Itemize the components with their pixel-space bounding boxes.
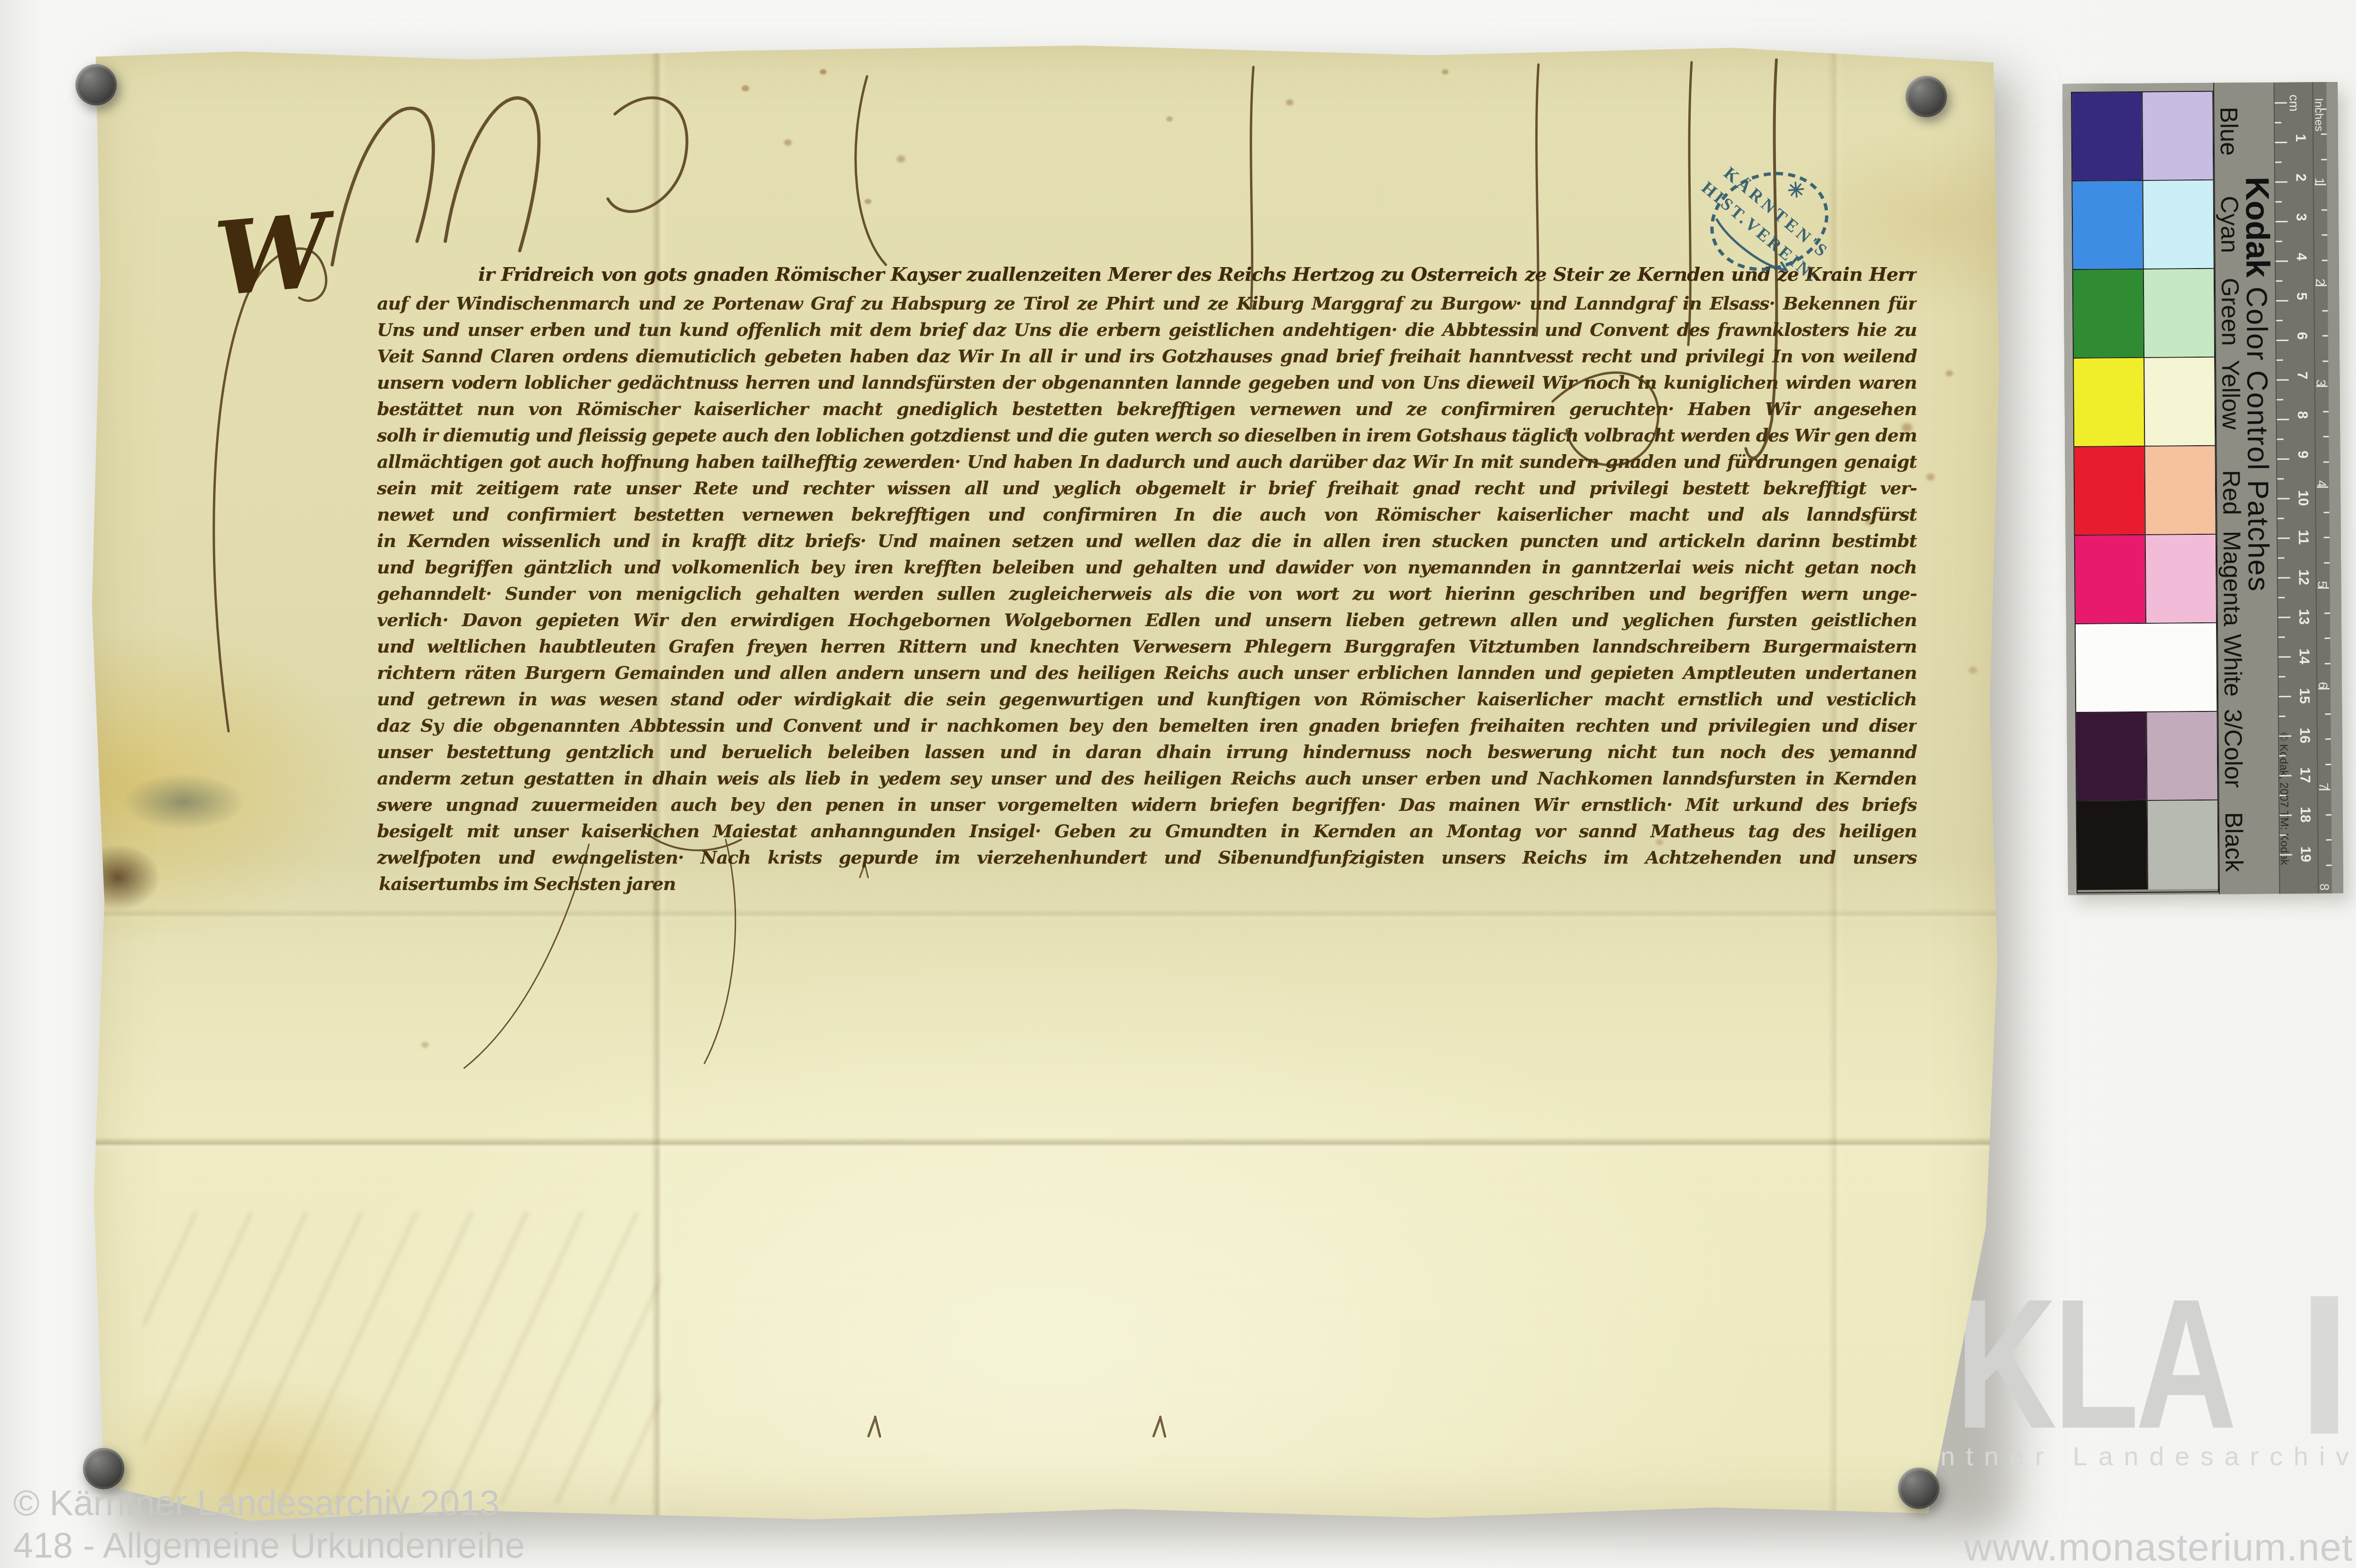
manuscript-line-9: sein mit zeitigem rate unser Rete und re… <box>377 475 1917 501</box>
ruler-tick <box>2323 436 2329 437</box>
manuscript-line-6: bestättet nun von Römischer kaiserlicher… <box>377 396 1917 422</box>
ruler-cm-number: 15 <box>2297 688 2312 704</box>
manuscript-line-4: Veit Sannd Claren ordens diemuticlich ge… <box>377 343 1917 369</box>
color-patch-row-red <box>2074 446 2215 536</box>
patch-saturated <box>2076 712 2146 800</box>
patch-label-yellow: Yellow <box>2217 359 2244 430</box>
ruler-cm-number: 17 <box>2297 767 2312 783</box>
ruler-tick <box>2276 261 2288 262</box>
archive-stamp: ✳ KÄRNTEN'S HIST.VEREIN: <box>1699 160 1840 292</box>
monasterium-url-watermark: www.monasterium.net <box>1964 1526 2353 1568</box>
ruler-tick <box>2275 241 2282 242</box>
manuscript-line-22: besigelt mit unser kaiserlichen Maiestat… <box>377 818 1917 844</box>
strip-title-text: Color Control Patches <box>2240 286 2275 592</box>
ink-stain <box>123 774 245 830</box>
patch-saturated <box>2074 447 2144 535</box>
ruler-tick <box>2280 834 2286 836</box>
color-patch-row-magenta <box>2075 535 2216 624</box>
patch-tint <box>2146 712 2217 800</box>
parchment-charter: W ir Fridreich von gots gnaden Römischer… <box>87 43 2001 1524</box>
strip-copyright: © Kodak, 2007 TM: Kodak <box>2277 733 2291 866</box>
manuscript-line-2: auf der Windischenmarch und ze Portenaw … <box>377 290 1917 317</box>
color-patch-row-black <box>2077 800 2218 890</box>
ruler-tick <box>2275 201 2282 203</box>
kodak-brand: Kodak <box>2239 177 2276 278</box>
ruler-cm-number: 14 <box>2296 648 2311 664</box>
ruler-tick <box>2276 280 2282 282</box>
ruler-tick <box>2325 713 2331 715</box>
manuscript-line-12: und begriffen gäntzlich und volkomenlich… <box>377 554 1917 580</box>
ruler-inch-number: 3 <box>2314 379 2327 386</box>
ruler-cm-number: 3 <box>2293 213 2308 221</box>
ruler-cm-number: 5 <box>2294 292 2309 300</box>
horizontal-fold-line <box>87 1137 2001 1151</box>
ruler-cm-number: 1 <box>2293 134 2308 142</box>
illuminated-initial: W <box>210 190 334 319</box>
ruler-tick <box>2277 518 2284 519</box>
manuscript-line-19: unser bestettung gentzlich und beruelich… <box>377 739 1917 765</box>
ruler-tick <box>2322 260 2328 261</box>
ruler-tick <box>2326 814 2331 816</box>
ruler-tick <box>2321 108 2326 110</box>
manuscript-line-20: anderm zetun gestatten in dhain weis als… <box>377 765 1917 792</box>
color-patch-row-blue <box>2072 92 2213 181</box>
ruler-tick <box>2277 419 2289 420</box>
ruler-tick <box>2278 617 2291 618</box>
ruler-tick <box>2280 815 2292 816</box>
ruler-tick <box>2275 142 2287 143</box>
patch-tint <box>2147 800 2218 890</box>
manuscript-line-23: zwelfpoten und ewangelisten· Nach krists… <box>377 844 1917 871</box>
parchment-wrinkles <box>144 1212 662 1504</box>
manuscript-line-14: verlich· Davon gepieten Wir den erwirdig… <box>377 607 1917 633</box>
stain-speckles <box>87 43 94 49</box>
ruler-inch-number: 2 <box>2314 278 2327 286</box>
ruler-tick <box>2275 221 2288 222</box>
manuscript-line-7: solh ir diemutig und fleissig gepete auc… <box>377 422 1917 449</box>
patch-tint <box>2145 535 2216 623</box>
ruler-tick <box>2276 300 2288 302</box>
ruler-tick <box>2276 359 2283 361</box>
ruler-tick <box>2324 562 2330 563</box>
manuscript-line-24: kaisertumbs im Sechsten jaren <box>377 871 1917 897</box>
patch-saturated <box>2074 358 2144 446</box>
ruler-tick <box>2325 764 2331 765</box>
ruler-tick <box>2279 676 2285 678</box>
kla-watermark-bars <box>2293 1296 2356 1434</box>
ruler-tick <box>2277 399 2283 400</box>
ruler-tick <box>2323 461 2329 463</box>
ruler-cm-number: 18 <box>2298 807 2313 823</box>
ruler-unit-inches: Inches <box>2311 98 2325 131</box>
ruler-cm-number: 11 <box>2296 530 2311 545</box>
kla-watermark: KLA <box>1955 1293 2356 1435</box>
ruler-tick <box>2279 735 2291 737</box>
ruler-tick <box>2325 738 2331 740</box>
ruler-tick <box>2279 696 2291 697</box>
ruler-tick <box>2322 234 2327 236</box>
patch-tint <box>2143 358 2215 446</box>
ruler-tick <box>2275 122 2282 123</box>
scanner-background: KLA ärntner Landesarchiv www.monasterium… <box>0 0 2356 1568</box>
ruler-tick <box>2323 411 2329 412</box>
ruler-tick <box>2323 335 2328 336</box>
ruler-tick <box>2278 597 2285 598</box>
patch-saturated <box>2075 535 2145 623</box>
color-patch-row-green <box>2073 269 2214 359</box>
ruler-tick <box>2323 512 2329 513</box>
patch-saturated <box>2072 92 2142 180</box>
color-patches <box>2071 91 2219 893</box>
ruler-inch-number: 7 <box>2317 783 2330 790</box>
ruler-tick <box>2278 656 2291 658</box>
patch-saturated <box>2073 269 2143 358</box>
patch-saturated <box>2077 801 2147 890</box>
seal-slit <box>1147 1413 1176 1438</box>
patch-label-black: Black <box>2220 812 2247 872</box>
patch-label-white: White <box>2219 634 2246 696</box>
ruler-tick <box>2276 320 2283 321</box>
manuscript-line-5: unsern vodern loblicher gedächtnuss herr… <box>377 369 1917 396</box>
ruler-tick <box>2324 637 2330 639</box>
patch-tint <box>2143 269 2214 357</box>
ruler-inch-number: 8 <box>2318 883 2331 890</box>
manuscript-line-21: swere ungnad zuuermeiden auch bey den pe… <box>377 792 1917 818</box>
ruler-tick <box>2275 181 2287 183</box>
seal-slit <box>862 1413 891 1438</box>
paperweight-pin <box>1898 1468 1939 1509</box>
ruler-tick <box>2322 310 2328 311</box>
ruler-cm-number: 7 <box>2294 371 2309 379</box>
ruler-tick <box>2274 102 2287 104</box>
manuscript-line-18: daz Sy die obgenannten Abbtessin und Con… <box>377 712 1917 739</box>
ruler-tick <box>2279 716 2285 717</box>
manuscript-line-11: in Kernden wissenlich und in krafft ditz… <box>377 528 1917 554</box>
color-patch-row-white <box>2076 623 2217 713</box>
ruler-cm-number: 6 <box>2294 332 2309 340</box>
ruler-inch-number: 4 <box>2315 480 2328 487</box>
caption-copyright: © Kärntner Landesarchiv 2013 <box>13 1482 525 1525</box>
patch-tint <box>2144 446 2215 534</box>
patch-saturated <box>2072 181 2143 269</box>
ruler-tick <box>2324 537 2330 538</box>
patch-label-green: Green <box>2217 278 2243 346</box>
ruler-tick <box>2278 577 2290 579</box>
patch-label-3color: 3/Color <box>2219 709 2246 788</box>
ruler-inch-number: 5 <box>2315 581 2329 588</box>
ruler-cm-number: 13 <box>2296 609 2311 625</box>
paperweight-pin <box>1906 76 1947 117</box>
kodak-color-strip: Kodak Color Control Patches © Kodak, 200… <box>2062 82 2343 895</box>
manuscript-line-17: und getrewn in was wesen stand oder wird… <box>377 686 1917 712</box>
patch-label-magenta: Magenta <box>2218 531 2245 626</box>
ruler-cm-number: 10 <box>2295 490 2310 506</box>
manuscript-line-8: allmächtigen got auch hoffnung haben tai… <box>377 449 1917 475</box>
ruler-tick <box>2325 663 2331 664</box>
ink-stain <box>75 844 160 910</box>
paperweight-pin <box>75 64 117 106</box>
ruler-tick <box>2280 854 2292 856</box>
manuscript-line-13: gehanndelt· Sunder von menigclich gehalt… <box>377 580 1917 607</box>
watermark-bar <box>2311 1296 2338 1434</box>
patch-tint <box>2142 92 2213 180</box>
manuscript-line-16: richtern räten Burgern Gemainden und all… <box>377 660 1917 686</box>
patch-tint <box>2142 180 2213 269</box>
ruler-tick <box>2324 612 2330 614</box>
manuscript-line-3: Uns und unser erben und tun kund offenli… <box>377 317 1917 343</box>
manuscript-text-block: ir Fridreich von gots gnaden Römischer K… <box>377 261 1917 897</box>
manuscript-line-10: newet und confirmiert bestetten vernewen… <box>377 501 1917 528</box>
ruler-tick <box>2276 379 2289 381</box>
ruler-tick <box>2321 133 2327 135</box>
ruler-tick <box>2275 162 2282 163</box>
ruler-tick <box>2278 538 2290 539</box>
ruler-cm-number: 19 <box>2298 846 2313 862</box>
ruler-tick <box>2278 557 2284 559</box>
patch-label-blue: Blue <box>2215 106 2242 155</box>
ruler-tick <box>2322 209 2327 211</box>
ruler-inch-number: 6 <box>2316 682 2330 689</box>
ruler-inch-number: 1 <box>2313 178 2326 185</box>
ruler-tick <box>2277 458 2290 460</box>
manuscript-line-15: und weltlichen haubtleuten Grafen freyen… <box>377 633 1917 660</box>
ruler-tick <box>2277 439 2283 440</box>
ruler-cm-number: 4 <box>2294 253 2309 261</box>
ruler-tick <box>2277 498 2290 499</box>
ruler-tick <box>2277 478 2284 480</box>
ruler-tick <box>2276 340 2289 341</box>
ruler-unit-cm: cm <box>2287 95 2301 112</box>
ruler-tick <box>2278 637 2285 638</box>
patch-saturated <box>2076 623 2217 712</box>
ruler-tick <box>2279 755 2286 757</box>
patch-label-cyan: Cyan <box>2216 196 2243 253</box>
kla-watermark-letters: KLA <box>1955 1293 2233 1435</box>
image-caption: © Kärntner Landesarchiv 2013 418 - Allge… <box>13 1482 525 1567</box>
ruler-cm-number: 2 <box>2293 173 2308 181</box>
ruler-cm-number: 12 <box>2296 569 2311 585</box>
ruler-tick <box>2321 159 2327 160</box>
ruler-cm-number: 9 <box>2295 450 2310 458</box>
ruler-cm-number: 8 <box>2295 411 2310 419</box>
ruler-tick <box>2279 775 2291 776</box>
patch-label-red: Red <box>2218 470 2245 515</box>
ruler-tick <box>2323 360 2328 362</box>
ruler-tick <box>2326 865 2332 866</box>
horizontal-fold-line <box>87 908 2001 922</box>
manuscript-line-1: ir Fridreich von gots gnaden Römischer K… <box>377 261 1917 290</box>
kla-watermark-subtitle: ärntner Landesarchiv <box>1895 1441 2356 1471</box>
strip-title: Kodak Color Control Patches <box>2239 177 2276 592</box>
ruler-tick <box>2280 795 2286 796</box>
ruler-cm-number: 16 <box>2297 727 2312 743</box>
color-patch-row-3color <box>2076 712 2217 801</box>
ruler-tick <box>2326 839 2331 841</box>
caption-series: 418 - Allgemeine Urkundenreihe <box>13 1525 525 1567</box>
color-patch-row-cyan <box>2072 180 2213 270</box>
color-patch-row-yellow <box>2074 358 2215 447</box>
